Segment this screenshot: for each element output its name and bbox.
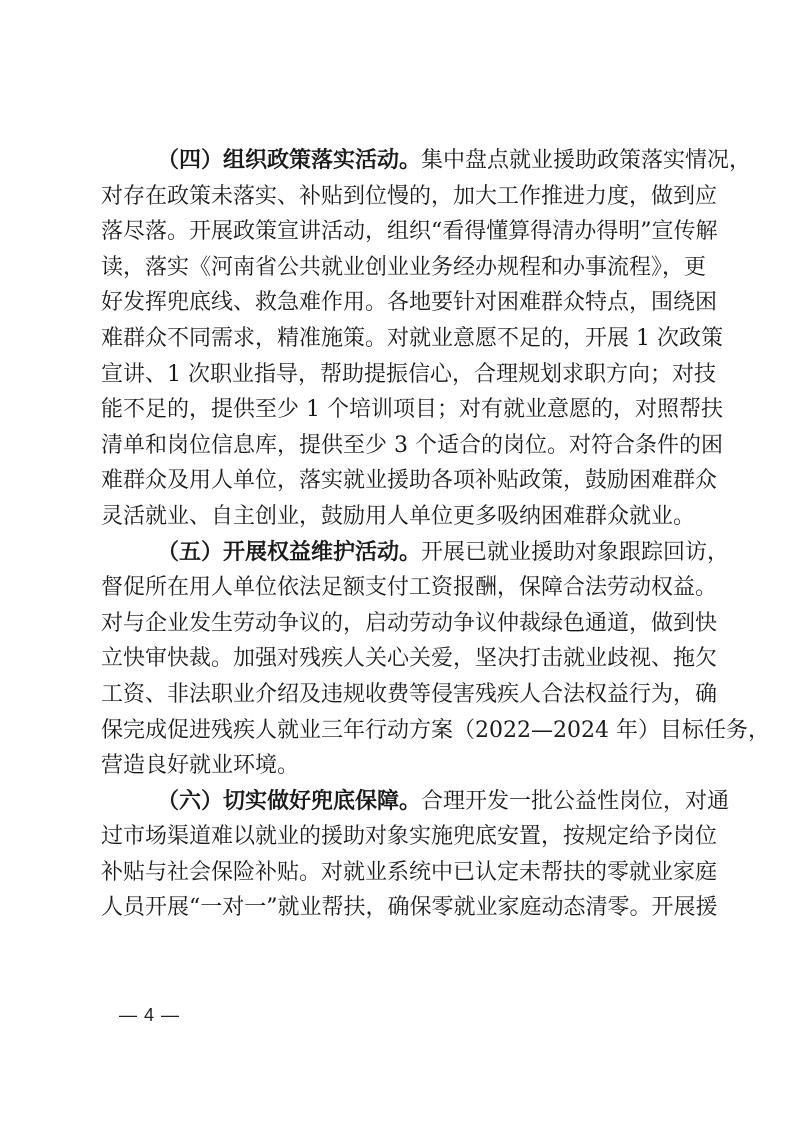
section-heading: （五）开展权益维护活动。 — [157, 540, 421, 565]
text-line: 难群众不同需求，精准施策。对就业意愿不足的，开展 1 次政策 — [101, 321, 693, 357]
paragraph-section-6: （六）切实做好兜底保障。合理开发一批公益性岗位，对通 过市场渠道难以就业的援助对… — [101, 784, 693, 926]
text-line: 灵活就业、自主创业，鼓励用人单位更多吸纳困难群众就业。 — [101, 499, 693, 535]
text-line: 能不足的，提供至少 1 个培训项目；对有就业意愿的，对照帮扶 — [101, 392, 693, 428]
text-line: 落尽落。开展政策宣讲活动，组织“看得懂算得清办得明”宣传解 — [101, 214, 693, 250]
text-span: 集中盘点就业援助政策落实情况， — [421, 148, 751, 173]
text-line: 清单和岗位信息库，提供至少 3 个适合的岗位。对符合条件的困 — [101, 428, 693, 464]
text-line: 营造良好就业环境。 — [101, 748, 693, 784]
section-heading: （六）切实做好兜底保障。 — [157, 789, 421, 814]
text-line: 对存在政策未落实、补贴到位慢的，加大工作推进力度，做到应 — [101, 179, 693, 215]
text-line: 立快审快裁。加强对残疾人关心关爱，坚决打击就业歧视、拖欠 — [101, 641, 693, 677]
section-heading: （四）组织政策落实活动。 — [157, 148, 421, 173]
paragraph-section-4: （四）组织政策落实活动。集中盘点就业援助政策落实情况， 对存在政策未落实、补贴到… — [101, 143, 693, 535]
text-line: （六）切实做好兜底保障。合理开发一批公益性岗位，对通 — [101, 784, 693, 820]
text-line: 工资、非法职业介绍及违规收费等侵害残疾人合法权益行为，确 — [101, 677, 693, 713]
page-number: — 4 — — [119, 1005, 180, 1026]
text-line: 读，落实《河南省公共就业创业业务经办规程和办事流程》，更 — [101, 250, 693, 286]
text-line: 过市场渠道难以就业的援助对象实施兜底安置，按规定给予岗位 — [101, 819, 693, 855]
paragraph-section-5: （五）开展权益维护活动。开展已就业援助对象跟踪回访， 督促所在用人单位依法足额支… — [101, 535, 693, 784]
text-line: 宣讲、1 次职业指导，帮助提振信心，合理规划求职方向；对技 — [101, 357, 693, 393]
text-line: 督促所在用人单位依法足额支付工资报酬，保障合法劳动权益。 — [101, 570, 693, 606]
text-line: 对与企业发生劳动争议的，启动劳动争议仲裁绿色通道，做到快 — [101, 606, 693, 642]
document-body: （四）组织政策落实活动。集中盘点就业援助政策落实情况， 对存在政策未落实、补贴到… — [101, 143, 693, 926]
text-line: 好发挥兜底线、救急难作用。各地要针对困难群众特点，围绕困 — [101, 285, 693, 321]
text-span: 开展已就业援助对象跟踪回访， — [421, 540, 729, 565]
document-page: （四）组织政策落实活动。集中盘点就业援助政策落实情况， 对存在政策未落实、补贴到… — [0, 0, 793, 1122]
text-span: 合理开发一批公益性岗位，对通 — [421, 789, 729, 814]
text-line: （四）组织政策落实活动。集中盘点就业援助政策落实情况， — [101, 143, 693, 179]
text-line: 人员开展“一对一”就业帮扶，确保零就业家庭动态清零。开展援 — [101, 890, 693, 926]
text-line: 难群众及用人单位，落实就业援助各项补贴政策，鼓励困难群众 — [101, 463, 693, 499]
text-line: 保完成促进残疾人就业三年行动方案（2022—2024 年）目标任务， — [101, 713, 693, 749]
text-line: （五）开展权益维护活动。开展已就业援助对象跟踪回访， — [101, 535, 693, 571]
text-line: 补贴与社会保险补贴。对就业系统中已认定未帮扶的零就业家庭 — [101, 855, 693, 891]
